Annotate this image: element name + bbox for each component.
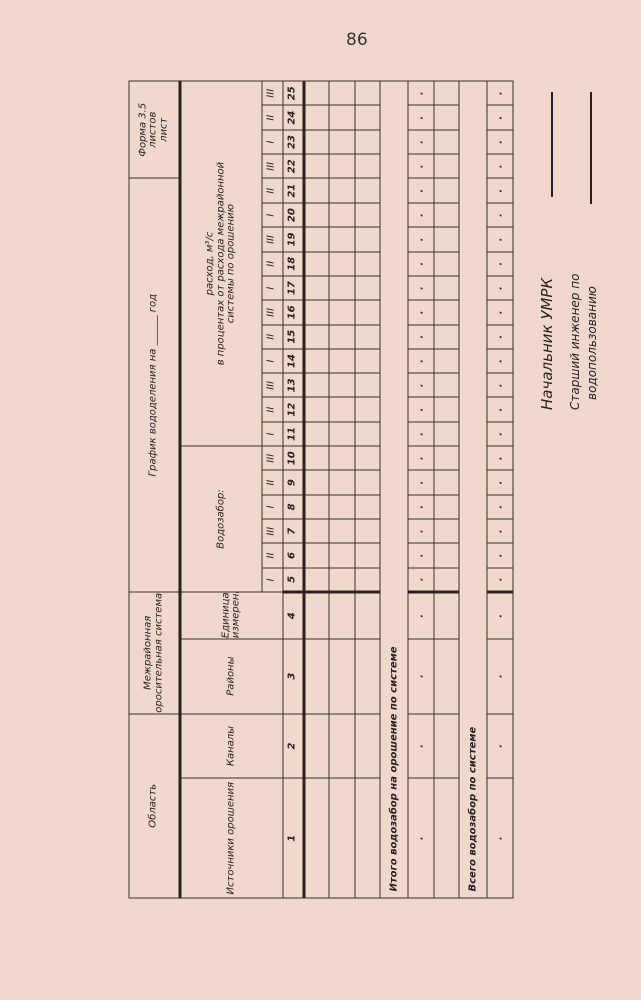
table-cell[interactable]	[303, 373, 329, 397]
table-cell[interactable]	[354, 251, 380, 275]
table-cell[interactable]	[303, 567, 329, 591]
decade-cell: II	[261, 178, 282, 203]
column-number-cell: 21	[282, 178, 303, 203]
table-cell[interactable]	[354, 421, 380, 445]
table-cell[interactable]	[433, 446, 459, 470]
decade-cell: I	[261, 421, 282, 445]
table-cell[interactable]	[354, 81, 380, 106]
total-cell[interactable]: .	[487, 154, 513, 178]
total-cell[interactable]: .	[408, 227, 434, 251]
total-cell[interactable]: .	[487, 227, 513, 251]
total-cell[interactable]: .	[487, 638, 513, 713]
table-cell[interactable]	[354, 348, 380, 372]
system-header: Межрайонная оросительная система	[129, 591, 180, 713]
table-cell[interactable]	[329, 275, 355, 299]
total-cell[interactable]: .	[487, 373, 513, 397]
total-cell[interactable]: .	[408, 446, 434, 470]
total-cell[interactable]: .	[408, 251, 434, 275]
column-number-cell: 11	[282, 421, 303, 445]
table-cell[interactable]	[329, 638, 355, 713]
table-cell[interactable]	[303, 397, 329, 421]
table-cell[interactable]	[303, 300, 329, 324]
decade-cell: I	[261, 202, 282, 226]
table-cell[interactable]	[329, 227, 355, 251]
column-number-cell: 7	[282, 519, 303, 543]
table-cell[interactable]	[329, 446, 355, 470]
table-cell[interactable]	[303, 494, 329, 518]
table-cell[interactable]	[329, 251, 355, 275]
table-row	[354, 81, 380, 898]
table-cell[interactable]	[354, 373, 380, 397]
table-cell[interactable]	[303, 105, 329, 129]
form-title: График вододеления на ______ год	[129, 178, 180, 592]
decade-cell: I	[261, 275, 282, 299]
flow-percent-label: в процентах от расхода межрайонной	[216, 81, 227, 445]
table-cell[interactable]	[433, 567, 459, 591]
table-cell[interactable]	[354, 543, 380, 567]
total-cell[interactable]: .	[487, 178, 513, 203]
column-number-cell: 17	[282, 275, 303, 299]
table-cell[interactable]	[354, 591, 380, 638]
table-row	[303, 81, 329, 898]
districts-header: Районы	[180, 638, 282, 713]
table-cell[interactable]	[433, 421, 459, 445]
table-cell[interactable]	[433, 154, 459, 178]
decade-cell: III	[261, 81, 282, 106]
form-number-cell: Форма 3.5 листов лист	[129, 81, 180, 178]
column-number-row: 1234567891011121314151617181920212223242…	[282, 81, 303, 898]
total-cell[interactable]: .	[408, 470, 434, 494]
chief-signature-label: Начальник УМРК	[538, 278, 556, 410]
canals-header: Каналы	[180, 713, 282, 778]
table-cell[interactable]	[329, 81, 355, 106]
table-cell[interactable]	[303, 446, 329, 470]
table-cell[interactable]	[433, 202, 459, 226]
table-cell[interactable]	[329, 324, 355, 348]
table-cell[interactable]	[329, 397, 355, 421]
flow-header: расход, м³/с в процентах от расхода межр…	[180, 81, 261, 446]
column-number-cell: 13	[282, 373, 303, 397]
decade-cell: I	[261, 567, 282, 591]
table-cell[interactable]	[354, 154, 380, 178]
table-cell[interactable]	[354, 713, 380, 778]
column-number-cell: 16	[282, 300, 303, 324]
total-cell[interactable]: .	[487, 81, 513, 106]
table-cell[interactable]	[303, 227, 329, 251]
total-cell[interactable]: .	[408, 638, 434, 713]
table-cell[interactable]	[329, 494, 355, 518]
total-cell[interactable]: .	[487, 300, 513, 324]
table-cell[interactable]	[329, 300, 355, 324]
total-cell[interactable]: .	[408, 275, 434, 299]
total-cell[interactable]: .	[487, 421, 513, 445]
table-cell[interactable]	[354, 494, 380, 518]
table-cell[interactable]	[329, 202, 355, 226]
irrigation-total-row-label: Итого водозабор на орошение по системе	[380, 81, 408, 898]
water-distribution-form: Область Межрайонная оросительная система…	[128, 80, 513, 898]
decade-cell: III	[261, 227, 282, 251]
total-cell[interactable]: .	[408, 105, 434, 129]
total-cell[interactable]: .	[408, 202, 434, 226]
table-cell[interactable]	[433, 494, 459, 518]
table-cell[interactable]	[433, 178, 459, 203]
column-number-cell: 15	[282, 324, 303, 348]
table-cell[interactable]	[303, 275, 329, 299]
table-cell[interactable]	[354, 202, 380, 226]
decade-cell: III	[261, 446, 282, 470]
column-number-cell: 10	[282, 446, 303, 470]
total-cell[interactable]: .	[408, 421, 434, 445]
system-total-row: Всего водозабор по системе	[459, 81, 487, 898]
total-cell[interactable]: .	[487, 202, 513, 226]
total-cell[interactable]: .	[487, 105, 513, 129]
table-cell[interactable]	[303, 154, 329, 178]
total-cell[interactable]: .	[408, 494, 434, 518]
table-cell[interactable]	[303, 591, 329, 638]
total-cell[interactable]: .	[487, 251, 513, 275]
table-cell[interactable]	[329, 421, 355, 445]
table-cell[interactable]	[329, 713, 355, 778]
flow-unit-label: расход, м³/с	[205, 81, 216, 445]
table-row	[329, 81, 355, 898]
table-cell[interactable]	[433, 373, 459, 397]
form-label: Форма 3.5	[138, 81, 149, 177]
column-number-cell: 8	[282, 494, 303, 518]
total-cell[interactable]: .	[487, 713, 513, 778]
total-cell[interactable]: .	[487, 275, 513, 299]
total-cell[interactable]: .	[487, 591, 513, 638]
decade-cell: III	[261, 154, 282, 178]
table-cell[interactable]	[303, 470, 329, 494]
total-cell[interactable]: .	[408, 348, 434, 372]
table-cell[interactable]	[354, 275, 380, 299]
table-cell[interactable]	[303, 202, 329, 226]
column-number-cell: 4	[282, 591, 303, 638]
table-cell[interactable]	[303, 324, 329, 348]
table-cell[interactable]	[303, 519, 329, 543]
units-header: Единица измерения	[180, 591, 282, 638]
table-cell[interactable]	[303, 178, 329, 203]
table-cell[interactable]	[354, 470, 380, 494]
column-number-cell: 12	[282, 397, 303, 421]
total-cell[interactable]: .	[487, 470, 513, 494]
table-cell[interactable]	[354, 638, 380, 713]
table-cell[interactable]	[354, 300, 380, 324]
irrigation-total-row-values: .........................	[408, 81, 434, 898]
table-cell[interactable]	[329, 543, 355, 567]
table-cell[interactable]	[433, 778, 459, 898]
total-cell[interactable]: .	[408, 324, 434, 348]
decade-cell: II	[261, 324, 282, 348]
decade-cell: III	[261, 373, 282, 397]
table-cell[interactable]	[433, 81, 459, 106]
table-cell[interactable]	[433, 591, 459, 638]
engineer-signature-label-1: Старший инженер по	[568, 274, 582, 410]
total-cell[interactable]: .	[408, 543, 434, 567]
column-number-cell: 6	[282, 543, 303, 567]
table-cell[interactable]	[329, 105, 355, 129]
intake-header: Водозабор:	[180, 446, 261, 592]
table-cell[interactable]	[433, 713, 459, 778]
sheets-label: листов	[148, 81, 159, 177]
table-cell[interactable]	[303, 778, 329, 898]
form-table: Область Межрайонная оросительная система…	[128, 80, 513, 898]
total-cell[interactable]: .	[408, 567, 434, 591]
table-cell[interactable]	[433, 348, 459, 372]
decade-cell: II	[261, 105, 282, 129]
table-cell[interactable]	[354, 778, 380, 898]
total-cell[interactable]: .	[408, 778, 434, 898]
total-cell[interactable]: .	[408, 81, 434, 106]
table-cell[interactable]	[329, 567, 355, 591]
column-number-cell: 22	[282, 154, 303, 178]
column-number-cell: 20	[282, 202, 303, 226]
table-row	[433, 81, 459, 898]
decade-cell: I	[261, 348, 282, 372]
total-cell[interactable]: .	[487, 543, 513, 567]
total-cell[interactable]: .	[408, 713, 434, 778]
decade-cell: II	[261, 397, 282, 421]
total-cell[interactable]: .	[408, 373, 434, 397]
column-number-cell: 24	[282, 105, 303, 129]
total-cell[interactable]: .	[408, 591, 434, 638]
total-cell[interactable]: .	[487, 397, 513, 421]
decade-cell: III	[261, 519, 282, 543]
chief-signature-line	[551, 92, 553, 197]
table-cell[interactable]	[303, 638, 329, 713]
table-cell[interactable]	[329, 470, 355, 494]
system-total-row-values: .........................	[487, 81, 513, 898]
column-number-cell: 9	[282, 470, 303, 494]
column-number-cell: 18	[282, 251, 303, 275]
total-cell[interactable]: .	[408, 178, 434, 203]
decade-cell: II	[261, 251, 282, 275]
table-cell[interactable]	[303, 713, 329, 778]
sources-header: Источники орошения	[180, 778, 282, 898]
total-cell[interactable]: .	[408, 397, 434, 421]
decade-cell: II	[261, 543, 282, 567]
sheet-label: лист	[159, 81, 170, 177]
table-cell[interactable]	[329, 154, 355, 178]
table-cell[interactable]	[433, 251, 459, 275]
table-cell[interactable]	[303, 129, 329, 153]
table-cell[interactable]	[433, 397, 459, 421]
table-cell[interactable]	[433, 227, 459, 251]
decade-cell: III	[261, 300, 282, 324]
decade-cell: II	[261, 470, 282, 494]
total-cell[interactable]: .	[487, 567, 513, 591]
table-cell[interactable]	[433, 324, 459, 348]
table-cell[interactable]	[303, 543, 329, 567]
table-cell[interactable]	[329, 373, 355, 397]
table-cell[interactable]	[433, 638, 459, 713]
table-cell[interactable]	[433, 519, 459, 543]
column-number-cell: 25	[282, 81, 303, 106]
total-cell[interactable]: .	[408, 129, 434, 153]
table-cell[interactable]	[329, 519, 355, 543]
irrigation-total-row: Итого водозабор на орошение по системе	[380, 81, 408, 898]
table-cell[interactable]	[433, 300, 459, 324]
table-cell[interactable]	[354, 567, 380, 591]
column-number-cell: 1	[282, 778, 303, 898]
engineer-signature-line	[590, 92, 592, 204]
total-cell[interactable]: .	[487, 348, 513, 372]
table-cell[interactable]	[354, 519, 380, 543]
table-cell[interactable]	[329, 348, 355, 372]
total-cell[interactable]: .	[487, 324, 513, 348]
flow-system-label: системы по орошению	[226, 81, 237, 445]
column-number-cell: 2	[282, 713, 303, 778]
table-cell[interactable]	[329, 778, 355, 898]
total-cell[interactable]: .	[487, 778, 513, 898]
table-cell[interactable]	[354, 227, 380, 251]
column-number-cell: 23	[282, 129, 303, 153]
column-number-cell: 3	[282, 638, 303, 713]
table-cell[interactable]	[354, 178, 380, 203]
total-cell[interactable]: .	[408, 519, 434, 543]
table-cell[interactable]	[433, 105, 459, 129]
engineer-signature-label-2: водопользованию	[585, 286, 599, 400]
column-number-cell: 14	[282, 348, 303, 372]
table-cell[interactable]	[433, 275, 459, 299]
table-cell[interactable]	[354, 129, 380, 153]
region-header: Область	[129, 713, 180, 897]
table-cell[interactable]	[354, 446, 380, 470]
column-number-cell: 5	[282, 567, 303, 591]
total-cell[interactable]: .	[487, 129, 513, 153]
page-number: 86	[346, 30, 368, 50]
table-cell[interactable]	[354, 397, 380, 421]
decade-cell: I	[261, 129, 282, 153]
table-cell[interactable]	[354, 105, 380, 129]
total-cell[interactable]: .	[408, 154, 434, 178]
total-cell[interactable]: .	[487, 446, 513, 470]
table-cell[interactable]	[303, 421, 329, 445]
total-cell[interactable]: .	[487, 494, 513, 518]
table-cell[interactable]	[303, 251, 329, 275]
table-cell[interactable]	[329, 129, 355, 153]
column-number-cell: 19	[282, 227, 303, 251]
table-cell[interactable]	[433, 470, 459, 494]
table-cell[interactable]	[433, 129, 459, 153]
table-cell[interactable]	[303, 348, 329, 372]
decade-cell: I	[261, 494, 282, 518]
system-total-row-label: Всего водозабор по системе	[459, 81, 487, 898]
total-cell[interactable]: .	[408, 300, 434, 324]
table-cell[interactable]	[433, 543, 459, 567]
total-cell[interactable]: .	[487, 519, 513, 543]
table-cell[interactable]	[354, 324, 380, 348]
table-cell[interactable]	[303, 81, 329, 106]
table-cell[interactable]	[329, 178, 355, 203]
table-cell[interactable]	[329, 591, 355, 638]
